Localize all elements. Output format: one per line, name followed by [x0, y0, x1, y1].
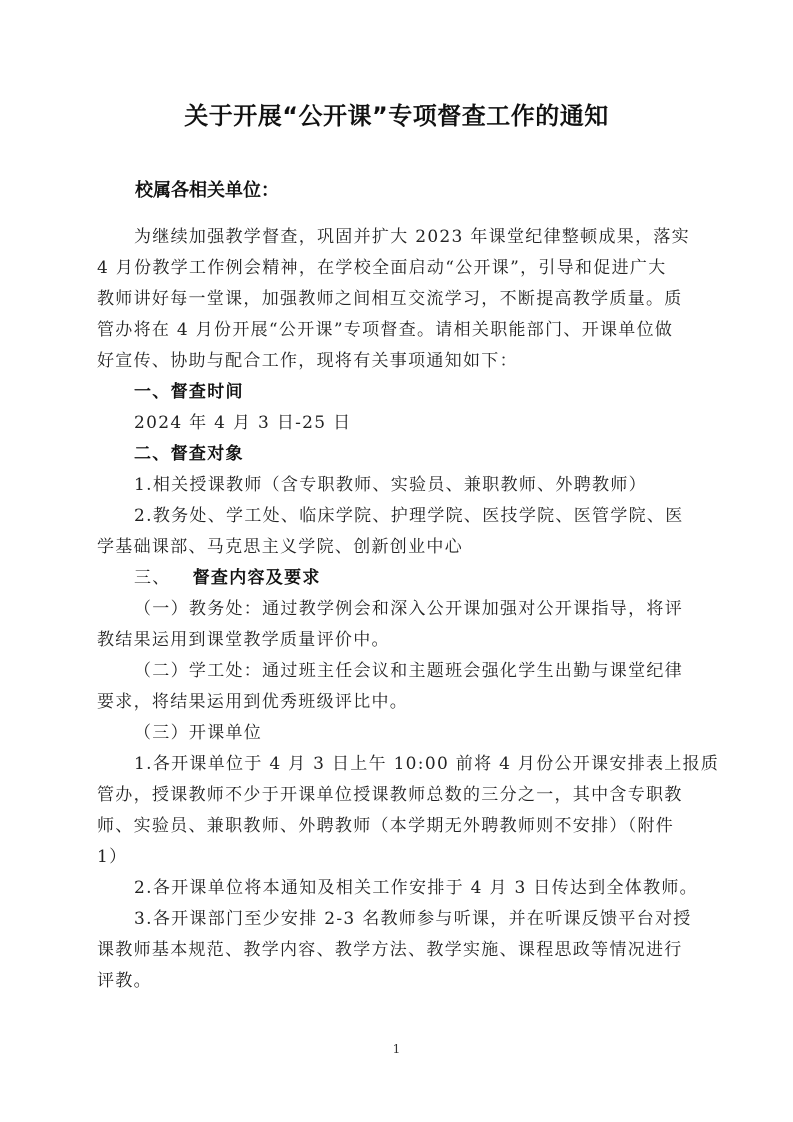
- requirement-line: 评教。: [97, 966, 697, 997]
- document-title: 关于开展“公开课”专项督查工作的通知: [0, 96, 793, 131]
- salutation: 校属各相关单位：: [135, 176, 279, 202]
- requirement-line: 3.各开课部门至少安排 2-3 名教师参与听课，并在听课反馈平台对授: [97, 904, 697, 935]
- requirement-line: （二）学工处：通过班主任会议和主题班会强化学生出勤与课堂纪律: [97, 656, 697, 687]
- section-heading-content: 三、督查内容及要求: [97, 563, 697, 594]
- document-page: 关于开展“公开课”专项督查工作的通知 校属各相关单位： 为继续加强教学督查，巩固…: [0, 0, 793, 1122]
- requirement-line: 课教师基本规范、教学内容、教学方法、教学实施、课程思政等情况进行: [97, 935, 697, 966]
- inspection-dates: 2024 年 4 月 3 日-25 日: [97, 408, 697, 439]
- requirement-line: 1.各开课单位于 4 月 3 日上午 10:00 前将 4 月份公开课安排表上报…: [97, 749, 697, 780]
- target-item: 2.教务处、学工处、临床学院、护理学院、医技学院、医管学院、医: [97, 501, 697, 532]
- requirement-line: 师、实验员、兼职教师、外聘教师（本学期无外聘教师则不安排）（附件: [97, 811, 697, 842]
- target-item: 1.相关授课教师（含专职教师、实验员、兼职教师、外聘教师）: [97, 470, 697, 501]
- section-heading-text: 督查内容及要求: [193, 568, 321, 588]
- target-item-cont: 学基础课部、马克思主义学院、创新创业中心: [97, 532, 697, 563]
- requirement-line: 1）: [97, 842, 697, 873]
- requirement-line: 要求，将结果运用到优秀班级评比中。: [97, 687, 697, 718]
- section-heading-time: 一、督查时间: [97, 377, 697, 408]
- intro-line: 4 月份教学工作例会精神，在学校全面启动“公开课”，引导和促进广大: [97, 253, 697, 284]
- requirement-line: （一）教务处：通过教学例会和深入公开课加强对公开课指导，将评: [97, 594, 697, 625]
- document-body: 为继续加强教学督查，巩固并扩大 2023 年课堂纪律整顿成果，落实 4 月份教学…: [97, 222, 697, 997]
- requirement-line: 管办，授课教师不少于开课单位授课教师总数的三分之一，其中含专职教: [97, 780, 697, 811]
- requirement-line: 教结果运用到课堂教学质量评价中。: [97, 625, 697, 656]
- requirement-line: 2.各开课单位将本通知及相关工作安排于 4 月 3 日传达到全体教师。: [97, 873, 697, 904]
- section-heading-targets: 二、督查对象: [97, 439, 697, 470]
- intro-line: 教师讲好每一堂课，加强教师之间相互交流学习，不断提高教学质量。质: [97, 284, 697, 315]
- section-number: 三、: [134, 568, 171, 588]
- intro-line: 为继续加强教学督查，巩固并扩大 2023 年课堂纪律整顿成果，落实: [97, 222, 697, 253]
- intro-line: 管办将在 4 月份开展“公开课”专项督查。请相关职能部门、开课单位做: [97, 315, 697, 346]
- intro-line: 好宣传、协助与配合工作，现将有关事项通知如下：: [97, 346, 697, 377]
- page-number: 1: [0, 1042, 793, 1056]
- subsection-heading: （三）开课单位: [97, 718, 697, 749]
